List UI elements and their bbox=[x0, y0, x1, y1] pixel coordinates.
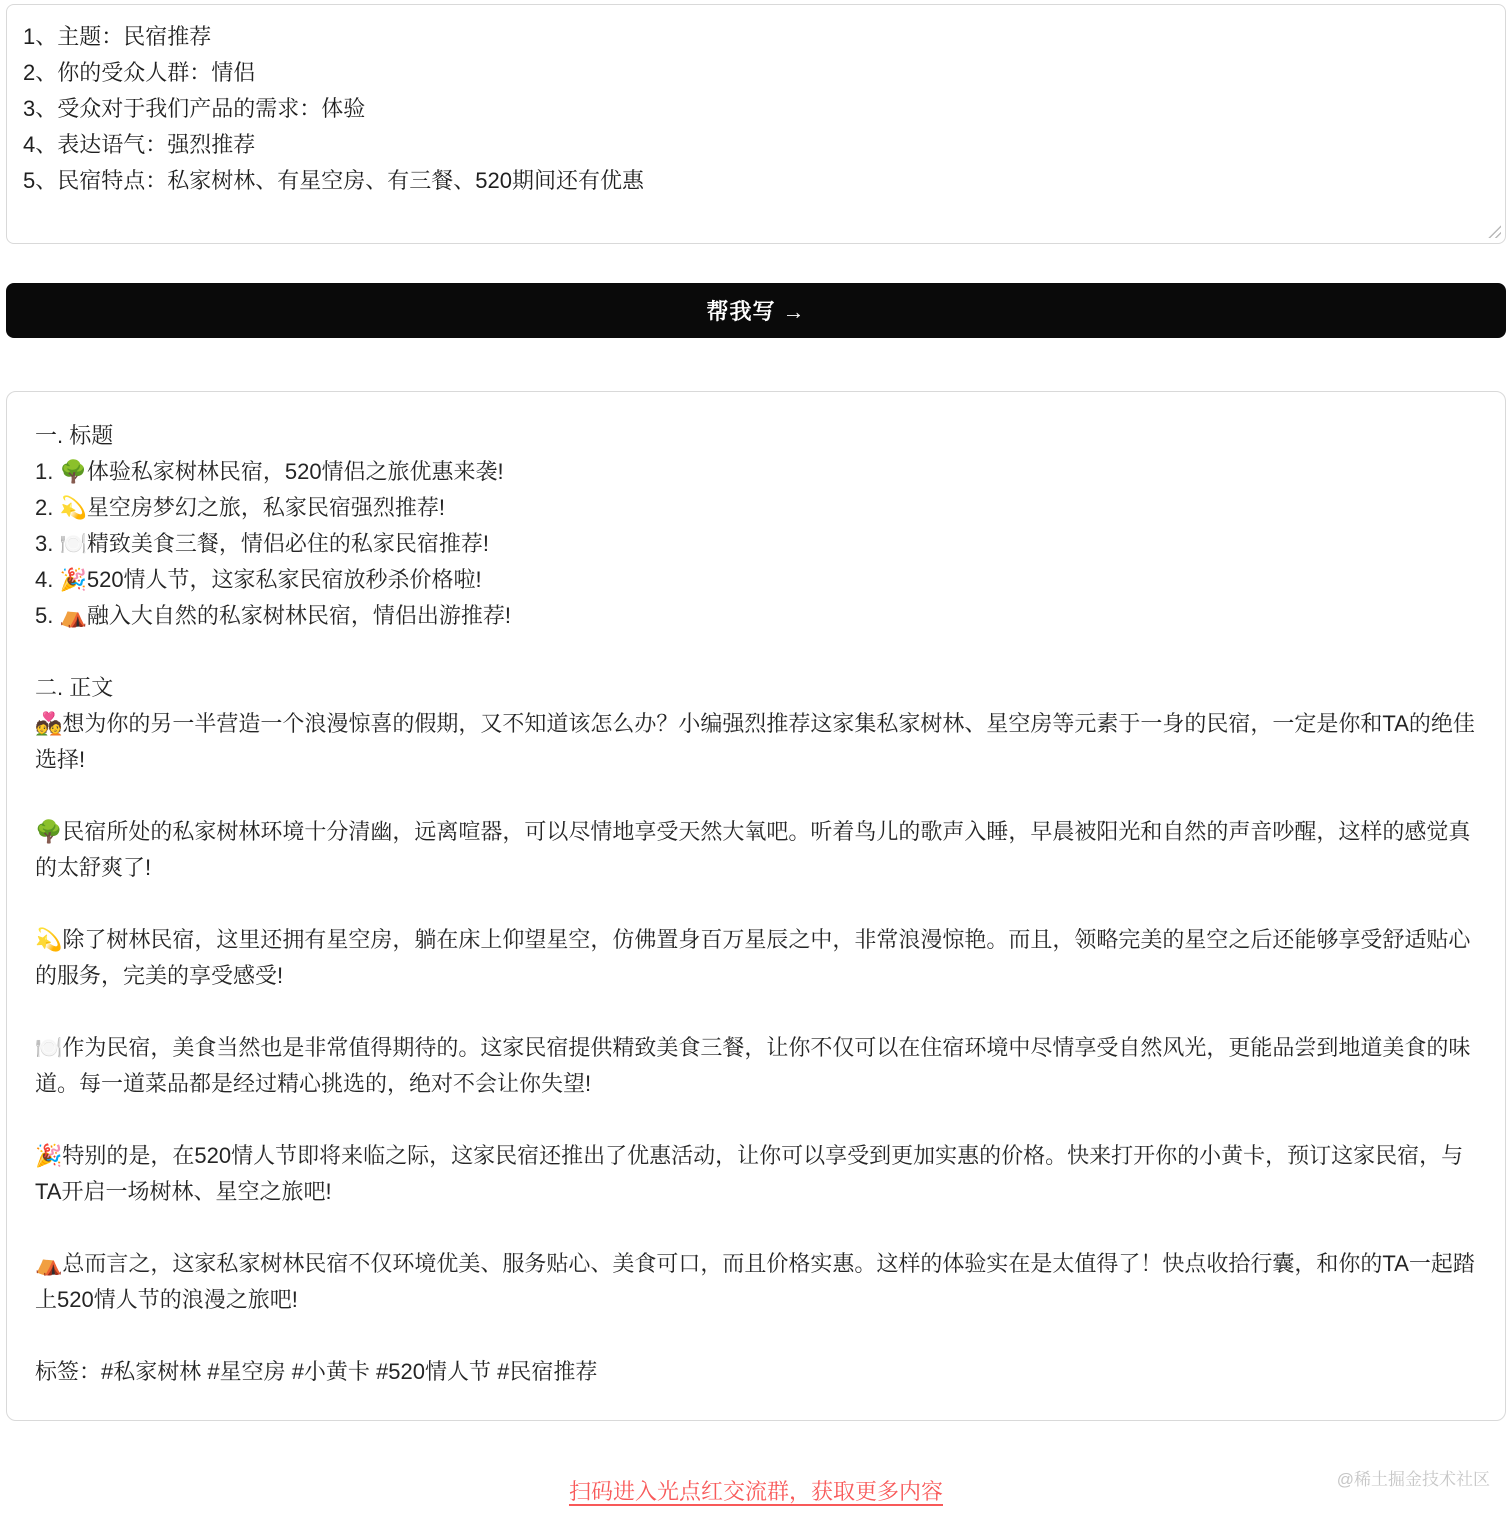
body-paragraph-5: 🎉特别的是，在520情人节即将来临之际，这家民宿还推出了优惠活动，让你可以享受到… bbox=[35, 1138, 1477, 1210]
title-item-5: 5. ⛺融入大自然的私家树林民宿，情侣出游推荐! bbox=[35, 598, 1477, 634]
body-paragraph-6: ⛺总而言之，这家私家树林民宿不仅环境优美、服务贴心、美食可口，而且价格实惠。这样… bbox=[35, 1246, 1477, 1318]
body-paragraph-1: 💑想为你的另一半营造一个浪漫惊喜的假期，又不知道该怎么办？小编强烈推荐这家集私家… bbox=[35, 706, 1477, 778]
output-panel: 一. 标题 1. 🌳体验私家树林民宿，520情侣之旅优惠来袭! 2. 💫星空房梦… bbox=[6, 391, 1506, 1421]
watermark: @稀土掘金技术社区 bbox=[1337, 1465, 1490, 1490]
title-item-2: 2. 💫星空房梦幻之旅，私家民宿强烈推荐! bbox=[35, 490, 1477, 526]
title-item-3: 3. 🍽️精致美食三餐，情侣必住的私家民宿推荐! bbox=[35, 526, 1477, 562]
footer: 扫码进入光点红交流群，获取更多内容 @稀土掘金技术社区 bbox=[6, 1463, 1506, 1533]
body-paragraph-2: 🌳民宿所处的私家树林环境十分清幽，远离喧器，可以尽情地享受天然大氧吧。听着鸟儿的… bbox=[35, 814, 1477, 886]
qr-group-link[interactable]: 扫码进入光点红交流群，获取更多内容 bbox=[569, 1475, 943, 1506]
prompt-textarea[interactable]: 1、主题：民宿推荐 2、你的受众人群：情侣 3、受众对于我们产品的需求：体验 4… bbox=[6, 4, 1506, 244]
titles-section-heading: 一. 标题 bbox=[35, 418, 1477, 454]
prompt-area: 1、主题：民宿推荐 2、你的受众人群：情侣 3、受众对于我们产品的需求：体验 4… bbox=[6, 4, 1506, 244]
tags-line: 标签：#私家树林 #星空房 #小黄卡 #520情人节 #民宿推荐 bbox=[35, 1354, 1477, 1390]
body-section-heading: 二. 正文 bbox=[35, 670, 1477, 706]
title-item-4: 4. 🎉520情人节，这家私家民宿放秒杀价格啦! bbox=[35, 562, 1477, 598]
body-paragraph-3: 💫除了树林民宿，这里还拥有星空房，躺在床上仰望星空，仿佛置身百万星辰之中，非常浪… bbox=[35, 922, 1477, 994]
title-item-1: 1. 🌳体验私家树林民宿，520情侣之旅优惠来袭! bbox=[35, 454, 1477, 490]
write-button[interactable]: 帮我写 → bbox=[6, 283, 1506, 338]
page: 1、主题：民宿推荐 2、你的受众人群：情侣 3、受众对于我们产品的需求：体验 4… bbox=[0, 0, 1512, 1533]
body-paragraph-4: 🍽️作为民宿，美食当然也是非常值得期待的。这家民宿提供精致美食三餐，让你不仅可以… bbox=[35, 1030, 1477, 1102]
